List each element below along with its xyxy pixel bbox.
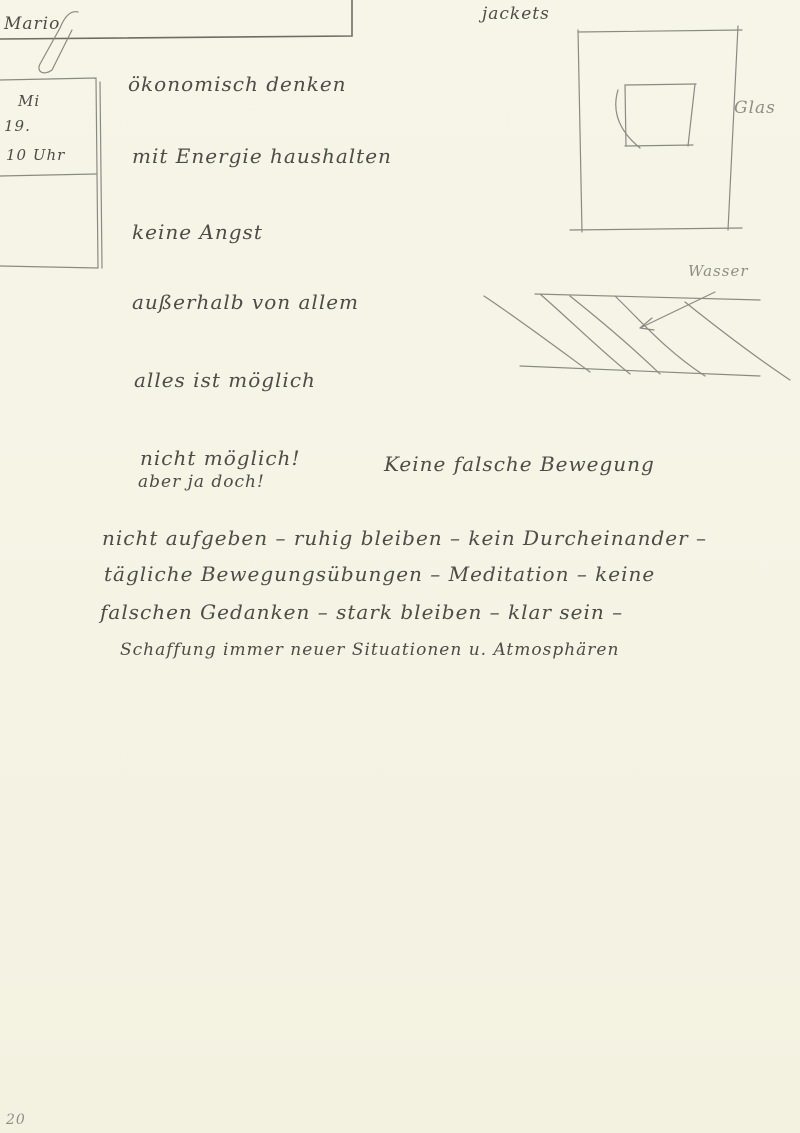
note-line: alles ist möglich <box>134 368 316 392</box>
note-line: ökonomisch denken <box>128 72 347 96</box>
sketch-label-glas: Glas <box>734 98 776 118</box>
card-line-time: 10 Uhr <box>6 146 65 164</box>
note-line: nicht möglich! <box>140 446 300 470</box>
sketch-label-mario: Mario <box>4 14 60 34</box>
card-line-day: Mi <box>18 92 40 110</box>
paragraph-line: nicht aufgeben – ruhig bleiben – kein Du… <box>102 526 707 550</box>
paragraph-line: tägliche Bewegungsübungen – Meditation –… <box>104 562 655 586</box>
sketch-label-wasser: Wasser <box>688 262 749 280</box>
note-line: aber ja doch! <box>138 472 265 492</box>
note-line: keine Angst <box>132 220 263 244</box>
note-line: außerhalb von allem <box>132 290 359 314</box>
paragraph-line: falschen Gedanken – stark bleiben – klar… <box>100 600 623 624</box>
page-number: 20 <box>6 1112 26 1128</box>
note-line: mit Energie haushalten <box>132 144 392 168</box>
paragraph-line: Schaffung immer neuer Situationen u. Atm… <box>120 640 619 660</box>
side-note: Keine falsche Bewegung <box>384 452 655 476</box>
card-line-date: 19. <box>4 117 31 135</box>
sketch-label-jackets: jackets <box>482 4 550 24</box>
